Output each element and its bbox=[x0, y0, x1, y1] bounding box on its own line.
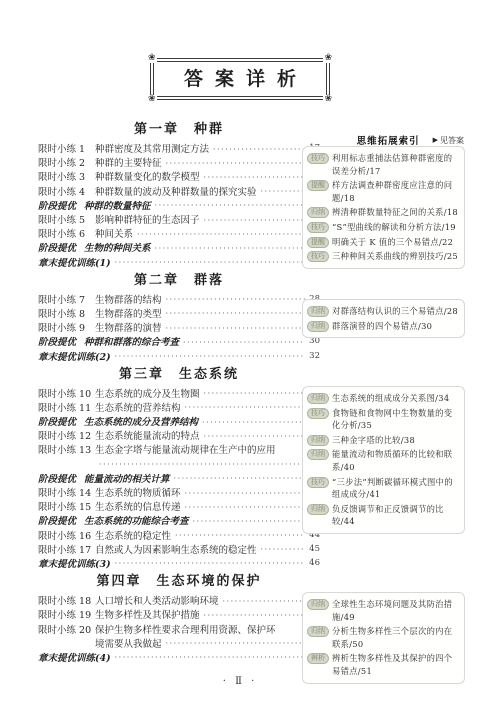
toc-entry: 阶段提优生态系统的功能综合考查42 bbox=[38, 513, 320, 527]
toc-entry: 限时小练 18人口增长和人类活动影响环境48 bbox=[38, 593, 320, 607]
toc-entry: 阶段提优能量流动的相关计算38 bbox=[38, 471, 320, 485]
sidebar-item-text: 样方法调查种群密度应注意的问题/18 bbox=[332, 179, 460, 204]
entry-title: 种间关系 bbox=[95, 226, 133, 240]
toc-entry: 限时小练 4种群数量的波动及种群数量的探究实验20 bbox=[38, 184, 320, 198]
sidebar-index-item: 技巧“三步法”判断碳循环模式图中的组成成分/41 bbox=[307, 476, 460, 501]
dotted-leader bbox=[99, 460, 305, 469]
toc-entry: 限时小练 1种群密度及其常用测定方法17 bbox=[38, 141, 320, 155]
answers-toc-page: ❀ ❀ ❀ ❀ 答案详析 第一章 种群限时小练 1种群密度及其常用测定方法17限… bbox=[0, 0, 480, 711]
sidebar-index-item: 技巧食物链和食物网中生物数量的变化分析/35 bbox=[307, 407, 460, 432]
entry-label: 限时小练 16 bbox=[38, 528, 95, 542]
dotted-leader bbox=[185, 503, 305, 512]
tag-badge: 归纳 bbox=[307, 449, 329, 460]
sidebar-index-item: 辨析辨析生物多样性及其保护的四个易错点/51 bbox=[307, 652, 460, 677]
dotted-leader bbox=[115, 559, 305, 568]
entry-label: 限时小练 1 bbox=[38, 141, 95, 155]
corner-ornament-icon: ❀ bbox=[147, 95, 157, 104]
sidebar-item-text: 负反馈调节和正反馈调节的比较/44 bbox=[332, 503, 460, 528]
entry-title: 人口增长和人类活动影响环境 bbox=[95, 593, 219, 607]
sidebar-index-item: 归纳辨清种群数量特征之间的关系/18 bbox=[307, 206, 460, 219]
dotted-leader bbox=[204, 173, 305, 182]
tag-badge: 归纳 bbox=[307, 393, 329, 404]
entry-label: 章末提优训练(4) bbox=[38, 650, 111, 664]
dotted-leader bbox=[155, 201, 305, 210]
tag-badge: 归纳 bbox=[307, 321, 329, 332]
entry-label: 阶段提优 bbox=[38, 513, 76, 527]
entry-title-continuation: 境需要从我做起 bbox=[95, 636, 162, 650]
toc-entry: 限时小练 13生态金字塔与能量流动规律在生产中的应用 bbox=[38, 442, 320, 456]
tag-badge: 归纳 bbox=[307, 435, 329, 446]
dotted-leader bbox=[202, 418, 305, 427]
sidebar-item-text: 辨析生物多样性及其保护的四个易错点/51 bbox=[332, 652, 460, 677]
sidebar-index-item: 归纳负反馈调节和正反馈调节的比较/44 bbox=[307, 503, 460, 528]
entry-label: 章末提优训练(2) bbox=[38, 349, 111, 363]
see-answers-text: 见答案 bbox=[440, 135, 464, 146]
sidebar-index-item: 归纳能量流动和物质循环的比较和联系/40 bbox=[307, 448, 460, 473]
dotted-leader bbox=[115, 352, 305, 361]
dotted-leader bbox=[204, 216, 305, 225]
sidebar-item-text: 全球性生态环境问题及其防治措施/49 bbox=[332, 598, 460, 623]
sidebar-item-text: 辨清种群数量特征之间的关系/18 bbox=[332, 206, 458, 219]
entry-label: 章末提优训练(3) bbox=[38, 556, 111, 570]
tag-badge: 归纳 bbox=[307, 599, 329, 610]
sidebar-index-item: 归纳全球性生态环境问题及其防治措施/49 bbox=[307, 598, 460, 623]
tag-badge: 提醒 bbox=[307, 237, 329, 248]
sidebar-item-text: 三种金字塔的比较/38 bbox=[332, 434, 415, 447]
dotted-leader bbox=[174, 474, 305, 483]
dotted-leader bbox=[213, 145, 305, 154]
toc-entry: 章末提优训练(3)46 bbox=[38, 556, 320, 570]
toc-entry: 限时小练 10生态系统的成分及生物圈33 bbox=[38, 386, 320, 400]
entry-title: 生态系统的营养结构 bbox=[95, 400, 181, 414]
sidebar-item-text: 明确关于 K 值的三个易错点/22 bbox=[332, 236, 453, 249]
toc-entry: 限时小练 16生态系统的稳定性44 bbox=[38, 528, 320, 542]
sidebar-group: 归纳全球性生态环境问题及其防治措施/49归纳分析生物多样性三个层次的内在联系/5… bbox=[302, 592, 465, 684]
entry-title: 生态系统的信息传递 bbox=[95, 499, 181, 513]
entry-title: 种群数量的波动及种群数量的探究实验 bbox=[95, 184, 257, 198]
entry-label: 章末提优训练(1) bbox=[38, 255, 111, 269]
toc-entry: 限时小练 20保护生物多样性要求合理利用资源、保护环 bbox=[38, 621, 320, 635]
toc-entry: 限时小练 17自然或人为因素影响生态系统的稳定性45 bbox=[38, 542, 320, 556]
sidebar-item-text: 生态系统的组成成分关系图/34 bbox=[332, 392, 449, 405]
entry-title: 种群密度及其常用测定方法 bbox=[95, 141, 209, 155]
sidebar-group: 归纳生态系统的组成成分关系图/34技巧食物链和食物网中生物数量的变化分析/35归… bbox=[302, 386, 465, 534]
tag-badge: 归纳 bbox=[307, 626, 329, 637]
entry-label: 限时小练 3 bbox=[38, 169, 95, 183]
entry-label: 阶段提优 bbox=[38, 471, 76, 485]
sidebar-title: 思维拓展索引 bbox=[357, 133, 420, 147]
entry-title: 生物群落的演替 bbox=[95, 320, 162, 334]
entry-label: 限时小练 15 bbox=[38, 499, 95, 513]
entry-title: 生物多样性及其保护措施 bbox=[95, 607, 200, 621]
toc-entry: 限时小练 15生态系统的信息传递42 bbox=[38, 499, 320, 513]
see-answers-label: ▶见答案 bbox=[433, 135, 464, 146]
sidebar-item-text: 能量流动和物质循环的比较和联系/40 bbox=[332, 448, 460, 473]
tag-badge: 归纳 bbox=[307, 306, 329, 317]
tag-badge: 技巧 bbox=[307, 251, 329, 262]
toc-entry: 限时小练 11生态系统的营养结构34 bbox=[38, 400, 320, 414]
toc-entry: 限时小练 3种群数量变化的数学模型19 bbox=[38, 169, 320, 183]
dotted-leader bbox=[155, 244, 305, 253]
toc-entry: 阶段提优种群的数量特征21 bbox=[38, 198, 320, 212]
sidebar-item-text: 食物链和食物网中生物数量的变化分析/35 bbox=[332, 407, 460, 432]
corner-ornament-icon: ❀ bbox=[147, 54, 157, 63]
toc-entry: 限时小练 5影响种群特征的生态因子23 bbox=[38, 212, 320, 226]
tag-badge: 辨析 bbox=[307, 653, 329, 664]
entry-label: 限时小练 2 bbox=[38, 155, 95, 169]
entry-title: 自然或人为因素影响生态系统的稳定性 bbox=[95, 542, 257, 556]
toc-entry-continuation: 境需要从我做起51 bbox=[38, 636, 320, 650]
chapter-heading: 第二章 群落 bbox=[38, 273, 320, 289]
entry-title: 种群的数量特征 bbox=[84, 198, 151, 212]
tag-badge: 技巧 bbox=[307, 222, 329, 233]
toc-entry: 限时小练 7生物群落的结构28 bbox=[38, 292, 320, 306]
toc-entry: 限时小练 12生态系统能量流动的特点36 bbox=[38, 428, 320, 442]
dotted-leader bbox=[166, 309, 305, 318]
dotted-leader bbox=[166, 295, 305, 304]
entry-label: 限时小练 5 bbox=[38, 212, 95, 226]
entry-label: 限时小练 8 bbox=[38, 306, 95, 320]
toc-entry: 章末提优训练(4)52 bbox=[38, 650, 320, 664]
entry-title: 能量流动的相关计算 bbox=[84, 471, 170, 485]
entry-label: 限时小练 20 bbox=[38, 622, 95, 636]
toc-entry: 限时小练 2种群的主要特征18 bbox=[38, 155, 320, 169]
dotted-leader bbox=[115, 258, 305, 267]
dotted-leader bbox=[166, 324, 305, 333]
toc-entry: 阶段提优生物的种间关系25 bbox=[38, 240, 320, 254]
sidebar-index-item: 归纳对群落结构认识的三个易错点/28 bbox=[307, 305, 460, 318]
dotted-leader bbox=[193, 517, 305, 526]
entry-label: 限时小练 18 bbox=[38, 593, 95, 607]
tag-badge: 技巧 bbox=[307, 408, 329, 419]
entry-title: 生态系统的物质循环 bbox=[95, 485, 181, 499]
entry-title: 生态系统的功能综合考查 bbox=[84, 513, 189, 527]
sidebar-group: 归纳对群落结构认识的三个易错点/28归纳群落演替的四个易错点/30 bbox=[302, 299, 465, 338]
dotted-leader bbox=[183, 338, 305, 347]
sidebar-index-item: 技巧利用标志重捕法估算种群密度的误差分析/17 bbox=[307, 152, 460, 177]
entry-label: 阶段提优 bbox=[38, 198, 76, 212]
entry-label: 限时小练 12 bbox=[38, 428, 95, 442]
sidebar-item-text: 对群落结构认识的三个易错点/28 bbox=[332, 305, 458, 318]
entry-title: 种群和群落的综合考查 bbox=[84, 334, 179, 348]
tag-badge: 归纳 bbox=[307, 207, 329, 218]
sidebar-index-item: 归纳三种金字塔的比较/38 bbox=[307, 434, 460, 447]
entry-label: 阶段提优 bbox=[38, 414, 76, 428]
sidebar-index: 思维拓展索引 ▶见答案 技巧利用标志重捕法估算种群密度的误差分析/17提醒样方法… bbox=[302, 0, 466, 711]
play-arrow-icon: ▶ bbox=[433, 136, 438, 144]
sidebar-item-text: “S”型曲线的解读和分析方法/19 bbox=[332, 221, 456, 234]
entry-title: 生物的种间关系 bbox=[84, 240, 151, 254]
entry-title: 种群的主要特征 bbox=[95, 155, 162, 169]
sidebar-index-item: 技巧“S”型曲线的解读和分析方法/19 bbox=[307, 221, 460, 234]
sidebar-index-item: 提醒明确关于 K 值的三个易错点/22 bbox=[307, 236, 460, 249]
entry-title: 生态系统能量流动的特点 bbox=[95, 428, 200, 442]
sidebar-index-item: 归纳生态系统的组成成分关系图/34 bbox=[307, 392, 460, 405]
entry-label: 限时小练 13 bbox=[38, 442, 95, 456]
sidebar-item-text: 利用标志重捕法估算种群密度的误差分析/17 bbox=[332, 152, 460, 177]
sidebar-index-item: 提醒样方法调查种群密度应注意的问题/18 bbox=[307, 179, 460, 204]
sidebar-index-item: 技巧三种种间关系曲线的辨别技巧/25 bbox=[307, 250, 460, 263]
entry-title: 影响种群特征的生态因子 bbox=[95, 212, 200, 226]
dotted-leader bbox=[261, 545, 305, 554]
page-number-footer: · Ⅱ · bbox=[0, 676, 480, 687]
chapter-heading: 第一章 种群 bbox=[38, 122, 320, 138]
entry-title: 生态系统的成分及营养结构 bbox=[84, 414, 198, 428]
entry-label: 限时小练 11 bbox=[38, 400, 95, 414]
tag-badge: 提醒 bbox=[307, 180, 329, 191]
entry-label: 阶段提优 bbox=[38, 240, 76, 254]
sidebar-item-text: 三种种间关系曲线的辨别技巧/25 bbox=[332, 250, 458, 263]
tag-badge: 技巧 bbox=[307, 153, 329, 164]
chapter-heading: 第三章 生态系统 bbox=[38, 367, 320, 383]
entry-label: 限时小练 9 bbox=[38, 320, 95, 334]
dotted-leader bbox=[204, 389, 305, 398]
dotted-leader bbox=[175, 531, 305, 540]
tag-badge: 归纳 bbox=[307, 504, 329, 515]
dotted-leader bbox=[261, 187, 305, 196]
dotted-leader bbox=[166, 159, 305, 168]
entry-label: 限时小练 17 bbox=[38, 542, 95, 556]
entry-title: 生态系统的稳定性 bbox=[95, 528, 171, 542]
dotted-leader bbox=[223, 597, 305, 606]
tag-badge: 技巧 bbox=[307, 477, 329, 488]
entry-title: 生态系统的成分及生物圈 bbox=[95, 386, 200, 400]
toc-entry: 限时小练 6种间关系24 bbox=[38, 226, 320, 240]
toc-entry-continuation: 37 bbox=[38, 457, 320, 471]
entry-label: 限时小练 19 bbox=[38, 607, 95, 621]
toc-entry: 限时小练 8生物群落的类型28 bbox=[38, 306, 320, 320]
dotted-leader bbox=[204, 432, 305, 441]
dotted-leader bbox=[166, 639, 305, 648]
toc-entry: 限时小练 9生物群落的演替29 bbox=[38, 320, 320, 334]
page-title: 答案详析 bbox=[153, 61, 327, 97]
toc-entry: 阶段提优种群和群落的综合考查30 bbox=[38, 334, 320, 348]
toc-entry: 章末提优训练(2)32 bbox=[38, 348, 320, 362]
dotted-leader bbox=[185, 489, 305, 498]
toc-entry: 限时小练 14生态系统的物质循环40 bbox=[38, 485, 320, 499]
entry-label: 限时小练 6 bbox=[38, 226, 95, 240]
dotted-leader bbox=[185, 403, 305, 412]
entry-label: 限时小练 7 bbox=[38, 292, 95, 306]
sidebar-index-item: 归纳分析生物多样性三个层次的内在联系/50 bbox=[307, 625, 460, 650]
dotted-leader bbox=[137, 230, 305, 239]
entry-title: 保护生物多样性要求合理利用资源、保护环 bbox=[95, 622, 320, 636]
toc-entry: 章末提优训练(1)26 bbox=[38, 255, 320, 269]
dotted-leader bbox=[204, 611, 305, 620]
entry-title: 生物群落的结构 bbox=[95, 292, 162, 306]
sidebar-index-item: 归纳群落演替的四个易错点/30 bbox=[307, 320, 460, 333]
sidebar-item-text: 分析生物多样性三个层次的内在联系/50 bbox=[332, 625, 460, 650]
dotted-leader bbox=[115, 653, 305, 662]
toc-entry: 限时小练 19生物多样性及其保护措施50 bbox=[38, 607, 320, 621]
sidebar-item-text: “三步法”判断碳循环模式图中的组成成分/41 bbox=[332, 476, 460, 501]
toc-entry: 阶段提优生态系统的成分及营养结构35 bbox=[38, 414, 320, 428]
entry-label: 阶段提优 bbox=[38, 334, 76, 348]
sidebar-header: 思维拓展索引 ▶见答案 bbox=[302, 133, 466, 147]
entry-label: 限时小练 10 bbox=[38, 386, 95, 400]
entry-label: 限时小练 14 bbox=[38, 485, 95, 499]
sidebar-item-text: 群落演替的四个易错点/30 bbox=[332, 320, 432, 333]
entry-title: 种群数量变化的数学模型 bbox=[95, 169, 200, 183]
sidebar-group: 技巧利用标志重捕法估算种群密度的误差分析/17提醒样方法调查种群密度应注意的问题… bbox=[302, 146, 465, 269]
entry-title: 生物群落的类型 bbox=[95, 306, 162, 320]
entry-label: 限时小练 4 bbox=[38, 184, 95, 198]
chapter-heading: 第四章 生态环境的保护 bbox=[38, 574, 320, 590]
entry-title: 生态金字塔与能量流动规律在生产中的应用 bbox=[95, 442, 320, 456]
toc-main-column: 第一章 种群限时小练 1种群密度及其常用测定方法17限时小练 2种群的主要特征1… bbox=[38, 118, 320, 664]
